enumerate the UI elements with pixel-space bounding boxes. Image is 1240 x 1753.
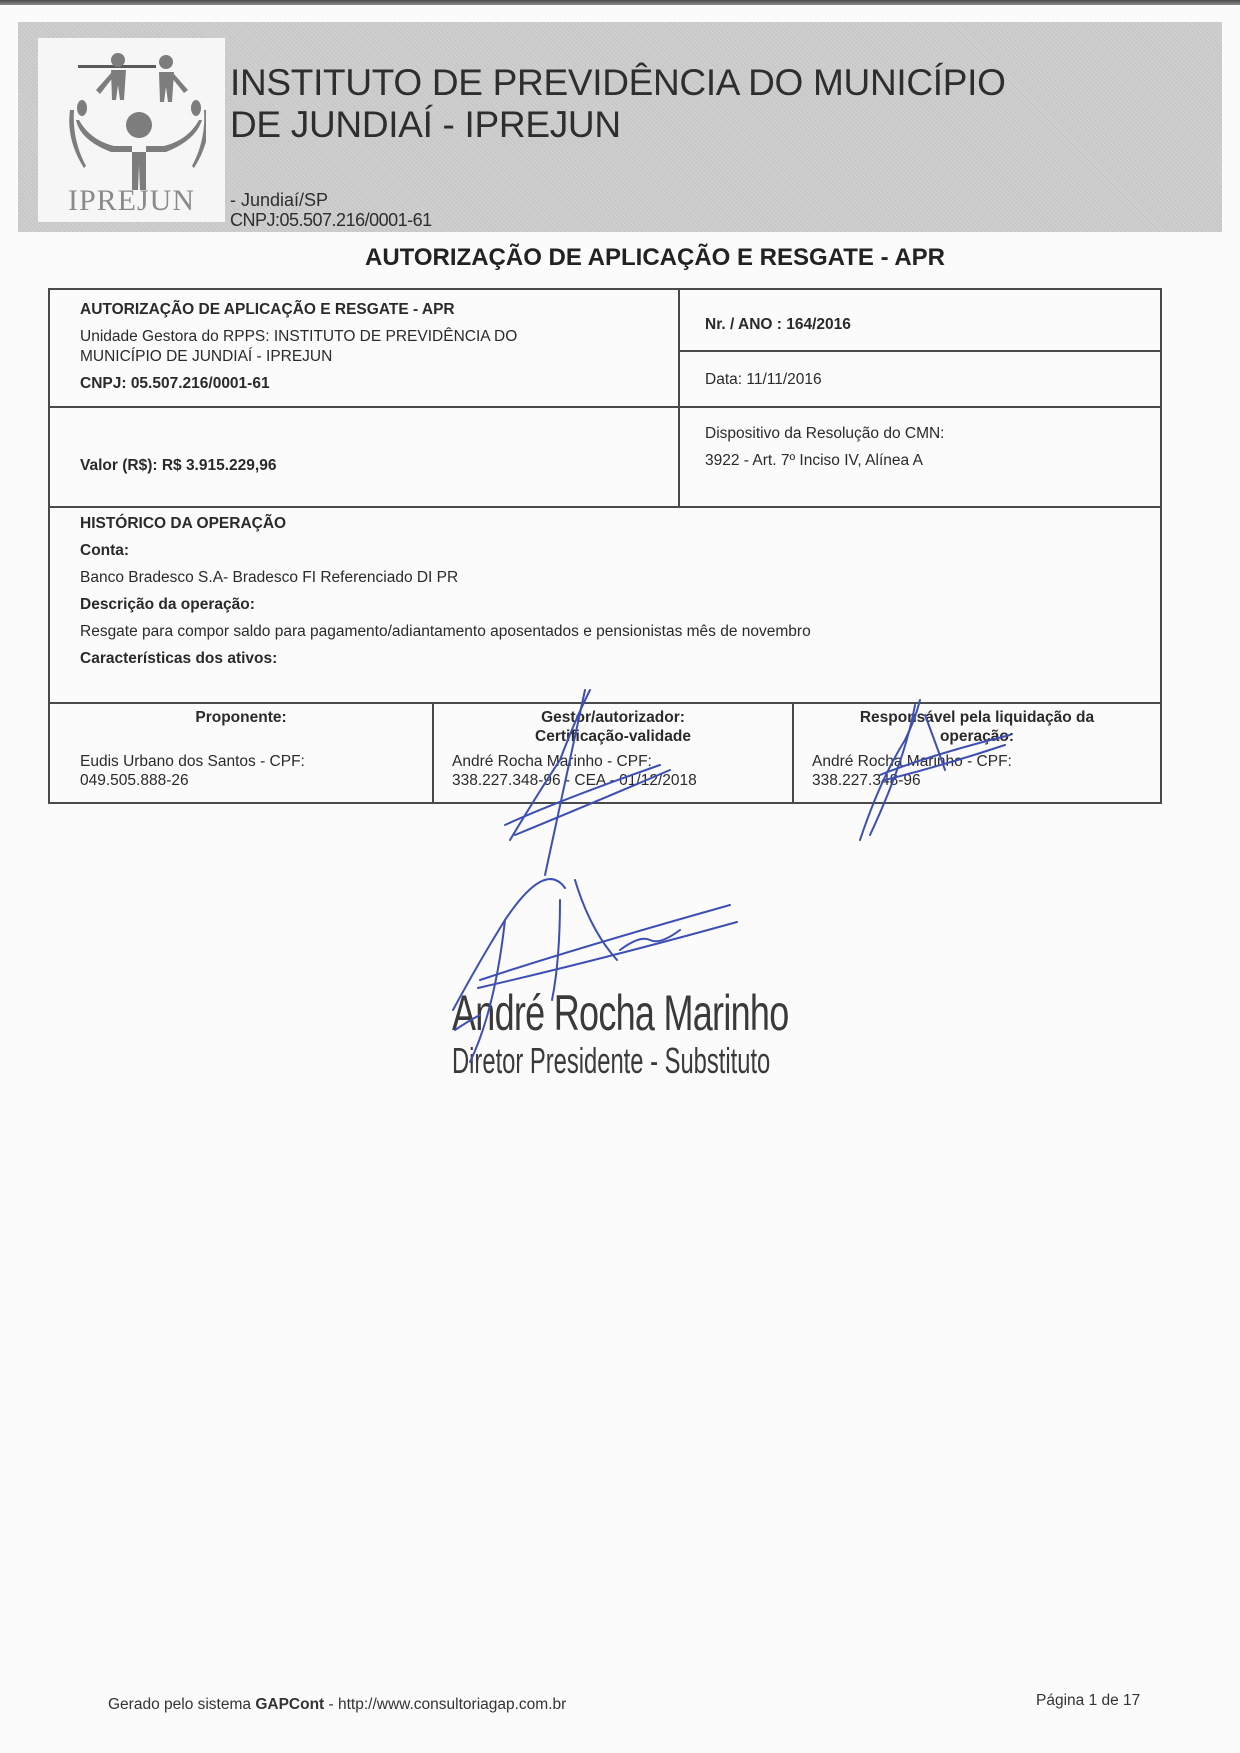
signatory-heading: Gestor/autorizador: — [434, 708, 792, 727]
apr-number: Nr. / ANO : 164/2016 — [680, 290, 1160, 352]
account-label: Conta: — [80, 541, 1160, 561]
iprejun-logo: IPREJUN — [38, 38, 225, 222]
cmn-resolution-label: Dispositivo da Resolução do CMN: — [705, 424, 1160, 444]
signatory-heading: Responsável pela liquidação da — [794, 708, 1160, 727]
form-row-signatories: Proponente: Eudis Urbano dos Santos - CP… — [50, 704, 1160, 802]
stamp-name: André Rocha Marinho — [452, 984, 789, 1042]
logo-wordmark: IPREJUN — [38, 184, 225, 218]
description-value: Resgate para compor saldo para pagamento… — [80, 622, 1160, 642]
institution-cnpj: CNPJ:05.507.216/0001-61 — [230, 210, 432, 231]
form-row-identification: AUTORIZAÇÃO DE APLICAÇÃO E RESGATE - APR… — [50, 290, 1160, 408]
consultoria-link[interactable]: - http://www.consultoriagap.com.br — [324, 1696, 566, 1713]
account-value: Banco Bradesco S.A- Bradesco FI Referenc… — [80, 568, 1160, 588]
asset-characteristics-label: Características dos ativos: — [80, 649, 1160, 669]
generator-credit: Gerado pelo sistema GAPCont - http://www… — [108, 1696, 566, 1714]
signatory-cpf: 338.227.348-96 - CEA - 01/12/2018 — [452, 771, 792, 790]
unidade-gestora: Unidade Gestora do RPPS: INSTITUTO DE PR… — [80, 327, 678, 347]
rpps-identification: AUTORIZAÇÃO DE APLICAÇÃO E RESGATE - APR… — [50, 290, 680, 406]
section-title: AUTORIZAÇÃO DE APLICAÇÃO E RESGATE - APR — [80, 300, 678, 320]
page-number: Página 1 de 17 — [1036, 1692, 1140, 1710]
stamp-role: Diretor Presidente - Substituto — [452, 1040, 770, 1082]
system-name: GAPCont — [255, 1696, 324, 1713]
operation-history: HISTÓRICO DA OPERAÇÃO Conta: Banco Brade… — [50, 508, 1160, 702]
history-title: HISTÓRICO DA OPERAÇÃO — [80, 514, 1160, 534]
operation-value: Valor (R$): R$ 3.915.229,96 — [50, 408, 680, 506]
institution-city: - Jundiaí/SP — [230, 190, 328, 211]
signatory-cpf: 338.227.348-96 — [812, 771, 1160, 790]
signatory-name: André Rocha Marinho - CPF: — [812, 752, 1160, 771]
unidade-gestora-cont: MUNICÍPIO DE JUNDIAÍ - IPREJUN — [80, 347, 678, 367]
description-label: Descrição da operação: — [80, 595, 1160, 615]
signatory-name: André Rocha Marinho - CPF: — [452, 752, 792, 771]
apr-number-date: Nr. / ANO : 164/2016 Data: 11/11/2016 — [680, 290, 1160, 406]
signatory-settlement: Responsável pela liquidação da operação:… — [794, 704, 1160, 802]
cmn-resolution: Dispositivo da Resolução do CMN: 3922 - … — [680, 408, 1160, 506]
form-row-history: HISTÓRICO DA OPERAÇÃO Conta: Banco Brade… — [50, 508, 1160, 704]
institution-header: IPREJUN INSTITUTO DE PREVIDÊNCIA DO MUNI… — [18, 22, 1222, 232]
scan-top-edge — [0, 0, 1240, 5]
document-title: AUTORIZAÇÃO DE APLICAÇÃO E RESGATE - APR — [0, 244, 1240, 272]
form-row-value: Valor (R$): R$ 3.915.229,96 Dispositivo … — [50, 408, 1160, 508]
cmn-resolution-value: 3922 - Art. 7º Inciso IV, Alínea A — [705, 451, 1160, 471]
signatory-cpf: 049.505.888-26 — [80, 771, 432, 790]
people-circle-logo-icon — [56, 40, 206, 190]
signatory-proponent: Proponente: Eudis Urbano dos Santos - CP… — [50, 704, 434, 802]
apr-form: AUTORIZAÇÃO DE APLICAÇÃO E RESGATE - APR… — [48, 288, 1162, 804]
signatory-heading: Proponente: — [50, 708, 432, 727]
rpps-cnpj: CNPJ: 05.507.216/0001-61 — [80, 374, 678, 394]
apr-date: Data: 11/11/2016 — [680, 352, 1160, 406]
signatory-name: Eudis Urbano dos Santos - CPF: — [80, 752, 432, 771]
institution-name: INSTITUTO DE PREVIDÊNCIA DO MUNICÍPIO DE… — [230, 62, 1006, 146]
signatory-manager: Gestor/autorizador: Certificação-validad… — [434, 704, 794, 802]
